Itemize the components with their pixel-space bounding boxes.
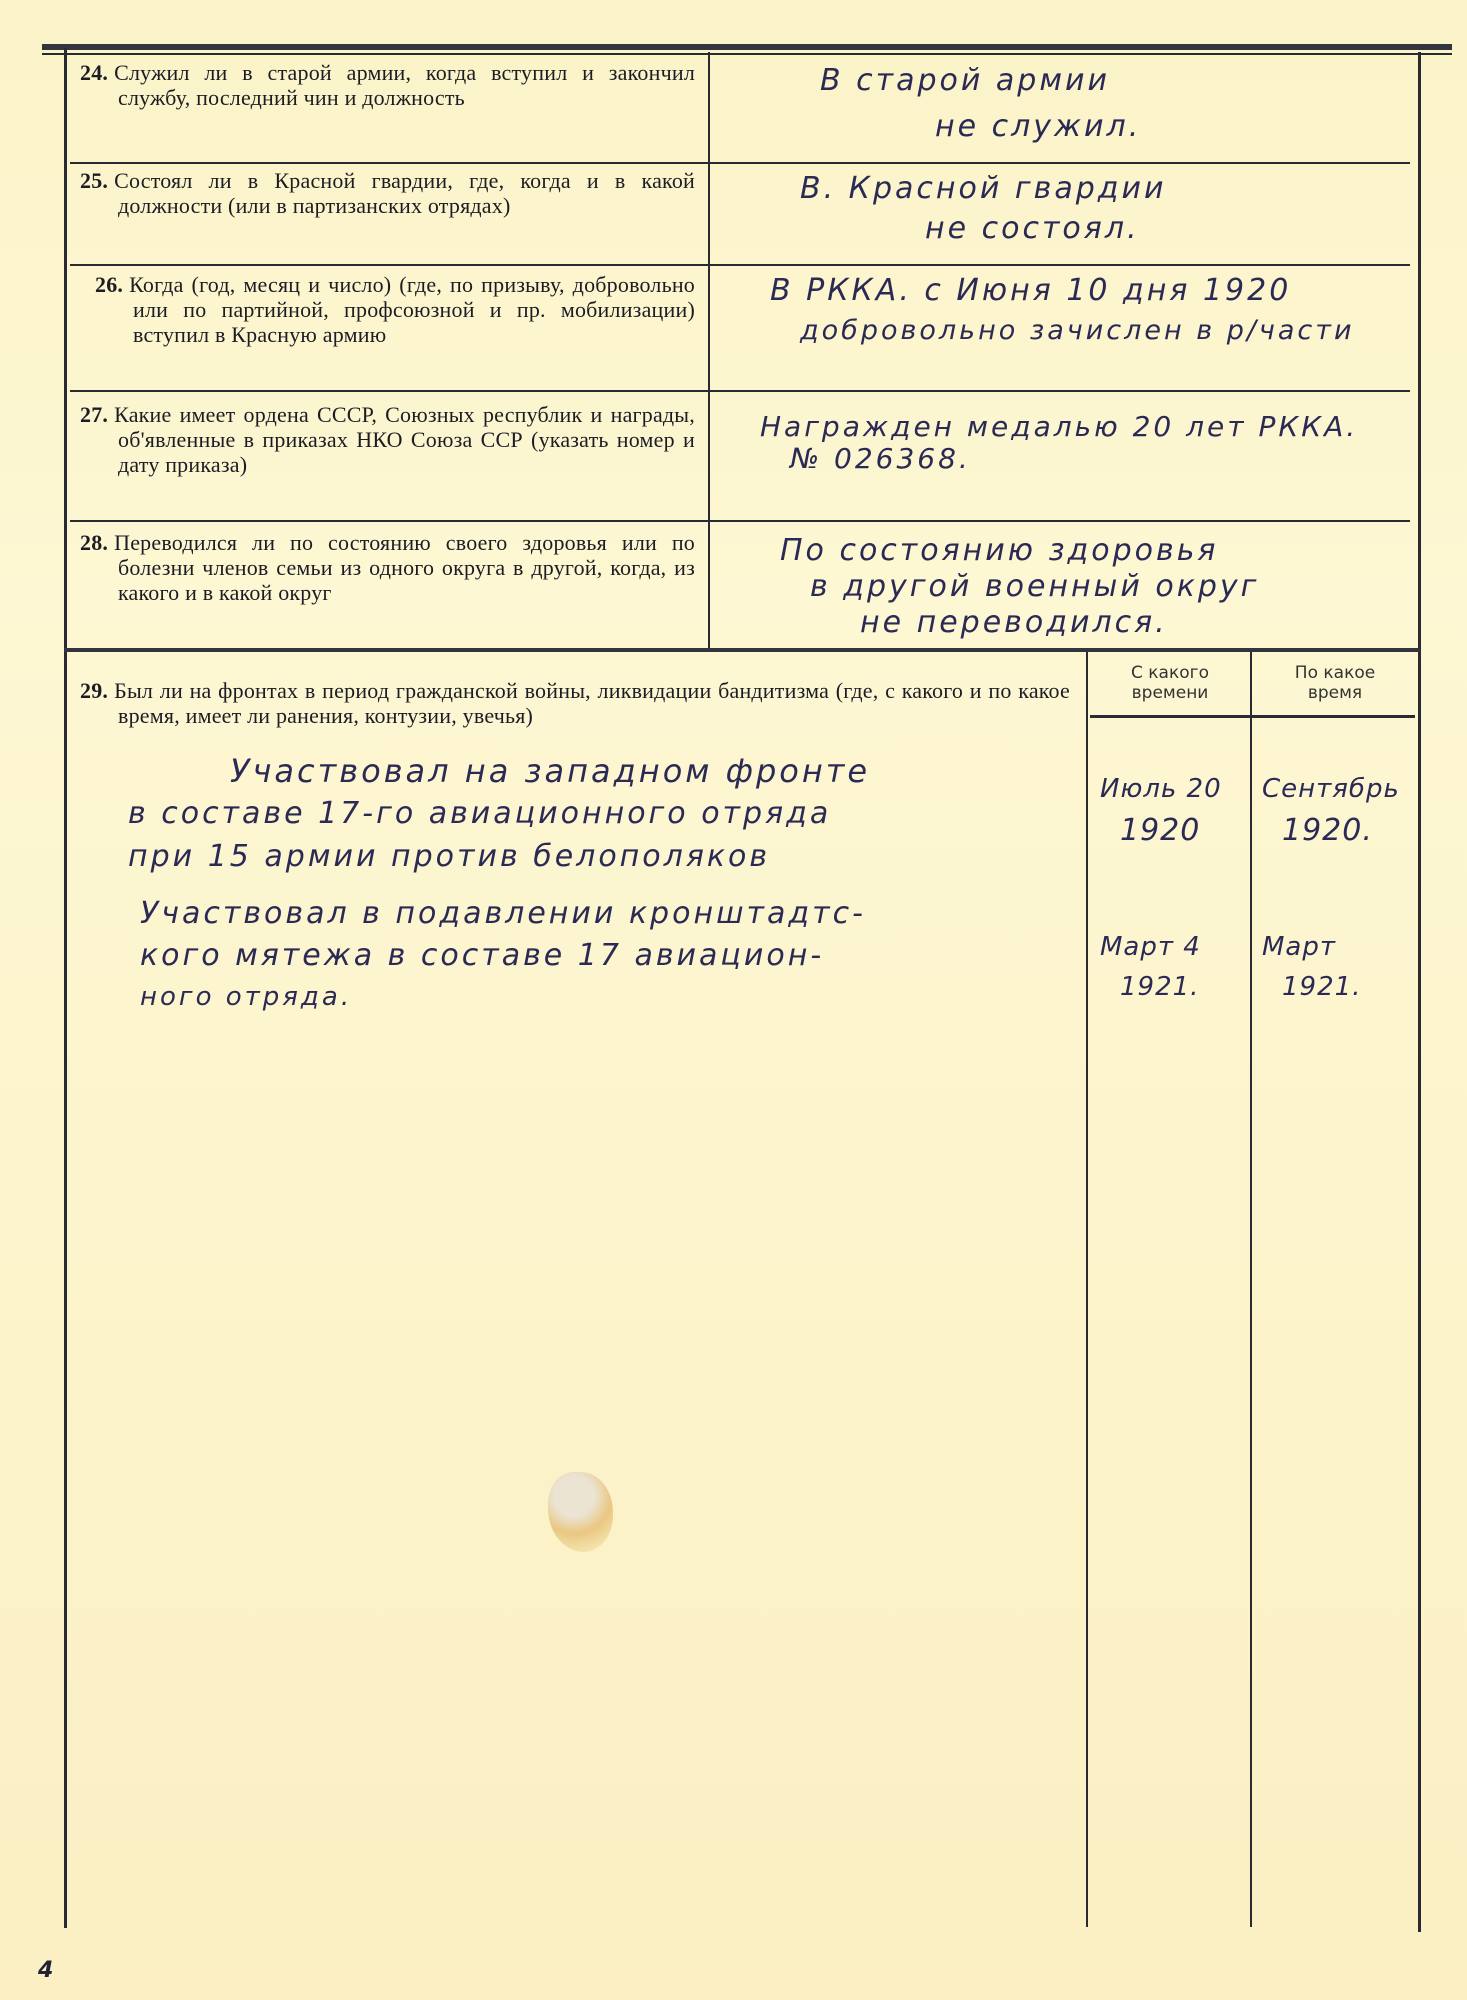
row-separator: [70, 264, 1410, 266]
q29-entry-2-line-1: Участвовал в подавлении кронштадтс-: [140, 895, 866, 933]
answer-column-divider: [708, 52, 710, 652]
q29-entry-1-to-1: Сентябрь: [1262, 770, 1400, 808]
question-text: Был ли на фронтах в период гражданской в…: [114, 678, 1070, 728]
q29-entry-2-line-3: ного отряда.: [140, 978, 352, 1016]
question-28: 28.Переводился ли по состоянию своего зд…: [80, 530, 695, 605]
top-border: [42, 44, 1452, 50]
answer-26-line-2: добровольно зачислен в р/части: [800, 312, 1355, 350]
answer-24-line-2: не служил.: [935, 108, 1141, 146]
section-separator: [64, 648, 1420, 652]
row-separator: [70, 520, 1410, 522]
answer-24-line-1: В старой армии: [820, 62, 1110, 100]
top-border-inner: [42, 53, 1452, 55]
col-header-from: С какого времени: [1110, 663, 1230, 703]
answer-25-line-2: не состоял.: [925, 210, 1140, 248]
q29-entry-2-line-2: кого мятежа в составе 17 авиацион-: [140, 937, 824, 975]
col-header-to: По какое время: [1270, 663, 1400, 703]
question-29: 29.Был ли на фронтах в период гражданско…: [80, 678, 1070, 728]
q29-entry-1-from-1: Июль 20: [1100, 770, 1222, 808]
question-text: Состоял ли в Красной гвардии, где, когда…: [114, 168, 695, 218]
answer-28-line-1: По состоянию здоровья: [780, 532, 1218, 570]
q29-entry-2-to-1: Март: [1262, 928, 1336, 966]
question-number: 25.: [80, 168, 108, 193]
right-border: [1418, 52, 1421, 1932]
question-24: 24.Служил ли в старой армии, когда вступ…: [80, 60, 695, 110]
page-number: 4: [38, 1958, 53, 1983]
q29-entry-1-line-3: при 15 армии против белополяков: [128, 838, 770, 876]
question-text: Переводился ли по состоянию своего здоро…: [114, 530, 695, 605]
question-number: 26.: [95, 272, 123, 297]
question-number: 27.: [80, 402, 108, 427]
answer-28-line-3: не переводился.: [860, 604, 1168, 642]
q29-to-divider: [1250, 652, 1252, 1927]
question-26: 26.Когда (год, месяц и число) (где, по п…: [95, 272, 695, 347]
answer-25-line-1: В. Красной гвардии: [800, 170, 1166, 208]
answer-26-line-1: В РККА. с Июня 10 дня 1920: [770, 272, 1291, 310]
question-text: Какие имеет ордена СССР, Союзных республ…: [114, 402, 695, 477]
answer-28-line-2: в другой военный округ: [810, 568, 1259, 606]
q29-entry-2-to-2: 1921.: [1282, 968, 1361, 1006]
row-separator: [70, 390, 1410, 392]
question-25: 25.Состоял ли в Красной гвардии, где, ко…: [80, 168, 695, 218]
q29-entry-1-from-2: 1920: [1120, 812, 1200, 850]
q29-entry-1-to-2: 1920.: [1282, 812, 1373, 850]
row-separator: [70, 162, 1410, 164]
left-border: [64, 48, 67, 1928]
paper-stain: [548, 1472, 613, 1552]
question-text: Когда (год, месяц и число) (где, по приз…: [129, 272, 695, 347]
q29-header-separator: [1090, 715, 1415, 718]
q29-entry-1-line-2: в составе 17-го авиационного отряда: [128, 795, 831, 833]
q29-entry-1-line-1: Участвовал на западном фронте: [230, 752, 870, 790]
question-27: 27.Какие имеет ордена СССР, Союзных респ…: [80, 402, 695, 477]
answer-27-line-2: № 026368.: [790, 440, 971, 478]
question-text: Служил ли в старой армии, когда вступил …: [114, 60, 695, 110]
q29-from-divider: [1086, 652, 1088, 1927]
question-number: 24.: [80, 60, 108, 85]
q29-entry-2-from-1: Март 4: [1100, 928, 1201, 966]
question-number: 29.: [80, 678, 108, 703]
q29-entry-2-from-2: 1921.: [1120, 968, 1199, 1006]
question-number: 28.: [80, 530, 108, 555]
